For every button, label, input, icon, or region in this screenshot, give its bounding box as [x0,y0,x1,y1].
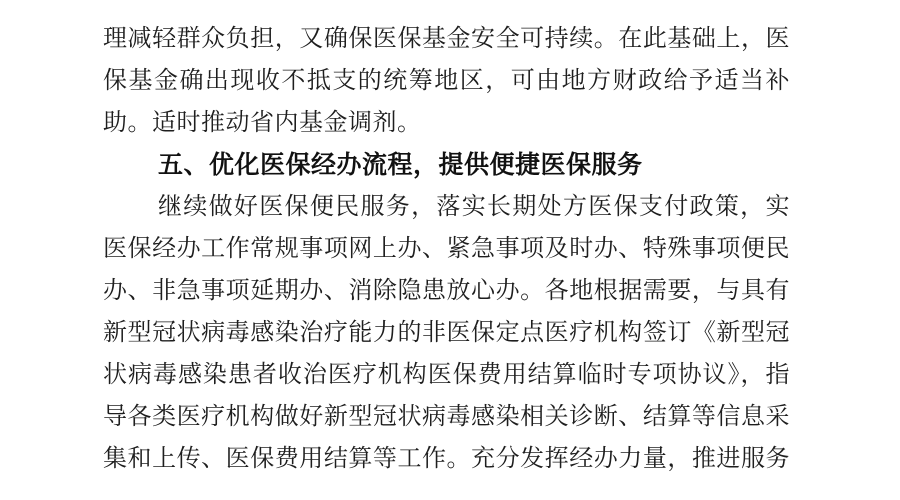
paragraph-body-line-4: 新型冠状病毒感染治疗能力的非医保定点医疗机构签订《新型冠 [103,312,790,354]
paragraph-body-line-5: 状病毒感染患者收治医疗机构医保费用结算临时专项协议》，指 [103,354,790,396]
paragraph-body-line-1: 继续做好医保便民服务，落实长期处方医保支付政策，实施 [103,186,790,228]
paragraph-continuation-line-2: 保基金确出现收不抵支的统筹地区，可由地方财政给予适当补 [103,60,790,102]
document-text-block: 理减轻群众负担，又确保医保基金安全可持续。在此基础上，医 保基金确出现收不抵支的… [103,18,790,480]
paragraph-body-line-6: 导各类医疗机构做好新型冠状病毒感染相关诊断、结算等信息采 [103,396,790,438]
paragraph-continuation-line-3: 助。适时推动省内基金调剂。 [103,102,790,144]
paragraph-body-line-7: 集和上传、医保费用结算等工作。充分发挥经办力量，推进服务 [103,438,790,480]
paragraph-body-line-3: 办、非急事项延期办、消除隐患放心办。各地根据需要，与具有 [103,270,790,312]
paragraph-body-line-2: 医保经办工作常规事项网上办、紧急事项及时办、特殊事项便民 [103,228,790,270]
section-heading: 五、优化医保经办流程，提供便捷医保服务 [103,144,790,186]
document-page: 理减轻群众负担，又确保医保基金安全可持续。在此基础上，医 保基金确出现收不抵支的… [0,0,900,500]
paragraph-continuation-line-1: 理减轻群众负担，又确保医保基金安全可持续。在此基础上，医 [103,18,790,60]
